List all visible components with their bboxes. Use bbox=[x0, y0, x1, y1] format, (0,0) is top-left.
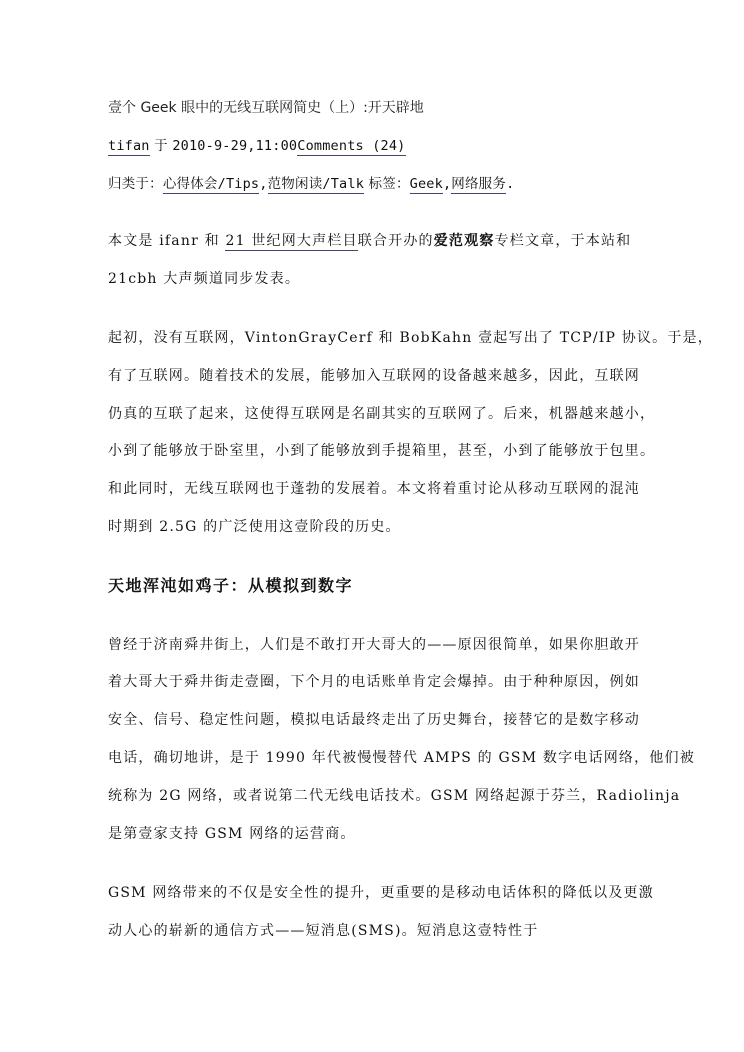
post-datetime: 2010-9-29,11:00 bbox=[172, 138, 297, 154]
paragraph-1-line: 仍真的互联了起来，这使得互联网是名副其实的互联网了。后来，机器越来越小， bbox=[108, 405, 655, 423]
author-link[interactable]: tifan bbox=[108, 138, 150, 156]
paragraph-2-line: 安全、信号、稳定性问题，模拟电话最终走出了历史舞台，接替它的是数字移动 bbox=[108, 711, 640, 729]
end-period: . bbox=[506, 176, 514, 192]
intro-line-1: 本文是 ifanr 和 21 世纪网大声栏目联合开办的爱范观察专栏文章，于本站和 bbox=[108, 232, 631, 250]
article-title: 壹个 Geek 眼中的无线互联网简史（上）:开天辟地 bbox=[108, 99, 424, 117]
intro-text-b: 联合开办的 bbox=[358, 233, 434, 249]
separator: , bbox=[259, 176, 267, 192]
paragraph-3-line: 动人心的崭新的通信方式——短消息(SMS)。短消息这壹特性于 bbox=[108, 922, 538, 940]
article-meta: tifan 于 2010-9-29,11:00Comments (24) bbox=[108, 137, 406, 155]
section-heading: 天地浑沌如鸡子：从模拟到数字 bbox=[108, 577, 353, 595]
tag-link-web-services[interactable]: 网络服务 bbox=[451, 176, 506, 194]
paragraph-1-line: 时期到 2.5G 的广泛使用这壹阶段的历史。 bbox=[108, 518, 401, 536]
tag-link-geek[interactable]: Geek bbox=[410, 176, 443, 194]
intro-text-a: 本文是 ifanr 和 bbox=[108, 233, 225, 249]
paragraph-2-line: 电话，确切地讲，是于 1990 年代被慢慢替代 AMPS 的 GSM 数字电话网… bbox=[108, 749, 695, 767]
paragraph-2-line: 着大哥大于舜井街走壹圈，下个月的电话账单肯定会爆掉。由于种种原因，例如 bbox=[108, 673, 640, 691]
comments-link[interactable]: Comments (24) bbox=[297, 138, 405, 156]
article-categories: 归类于：心得体会/Tips,范物闲读/Talk 标签：Geek,网络服务. bbox=[108, 175, 514, 193]
intro-text-c: 专栏文章，于本站和 bbox=[495, 233, 632, 249]
ifanr-observation-bold: 爱范观察 bbox=[434, 233, 495, 249]
intro-line-2: 21cbh 大声频道同步发表。 bbox=[108, 270, 300, 288]
category-link-talk[interactable]: 范物闲读/Talk bbox=[268, 176, 364, 194]
paragraph-2-line: 曾经于济南舜井街上，人们是不敢打开大哥大的——原因很简单，如果你胆敢开 bbox=[108, 636, 640, 654]
21cbh-column-link[interactable]: 21 世纪网大声栏目 bbox=[225, 233, 357, 251]
paragraph-2-line: 是第壹家支持 GSM 网络的运营商。 bbox=[108, 825, 356, 843]
posted-prefix: 于 bbox=[150, 138, 173, 154]
paragraph-3-line: GSM 网络带来的不仅是安全性的提升，更重要的是移动电话体积的降低以及更激 bbox=[108, 884, 654, 902]
tags-label: 标签： bbox=[364, 176, 410, 192]
categories-label: 归类于： bbox=[108, 176, 163, 192]
paragraph-1-line: 起初，没有互联网，VintonGrayCerf 和 BobKahn 壹起写出了 … bbox=[108, 329, 713, 347]
paragraph-1-line: 和此同时，无线互联网也于蓬勃的发展着。本文将着重讨论从移动互联网的混沌 bbox=[108, 480, 640, 498]
paragraph-1-line: 小到了能够放于卧室里，小到了能够放到手提箱里，甚至，小到了能够放于包里。 bbox=[108, 442, 655, 460]
paragraph-2-line: 统称为 2G 网络，或者说第二代无线电话技术。GSM 网络起源于芬兰，Radio… bbox=[108, 787, 680, 805]
category-link-tips[interactable]: 心得体会/Tips bbox=[163, 176, 259, 194]
paragraph-1-line: 有了互联网。随着技术的发展，能够加入互联网的设备越来越多，因此，互联网 bbox=[108, 367, 640, 385]
